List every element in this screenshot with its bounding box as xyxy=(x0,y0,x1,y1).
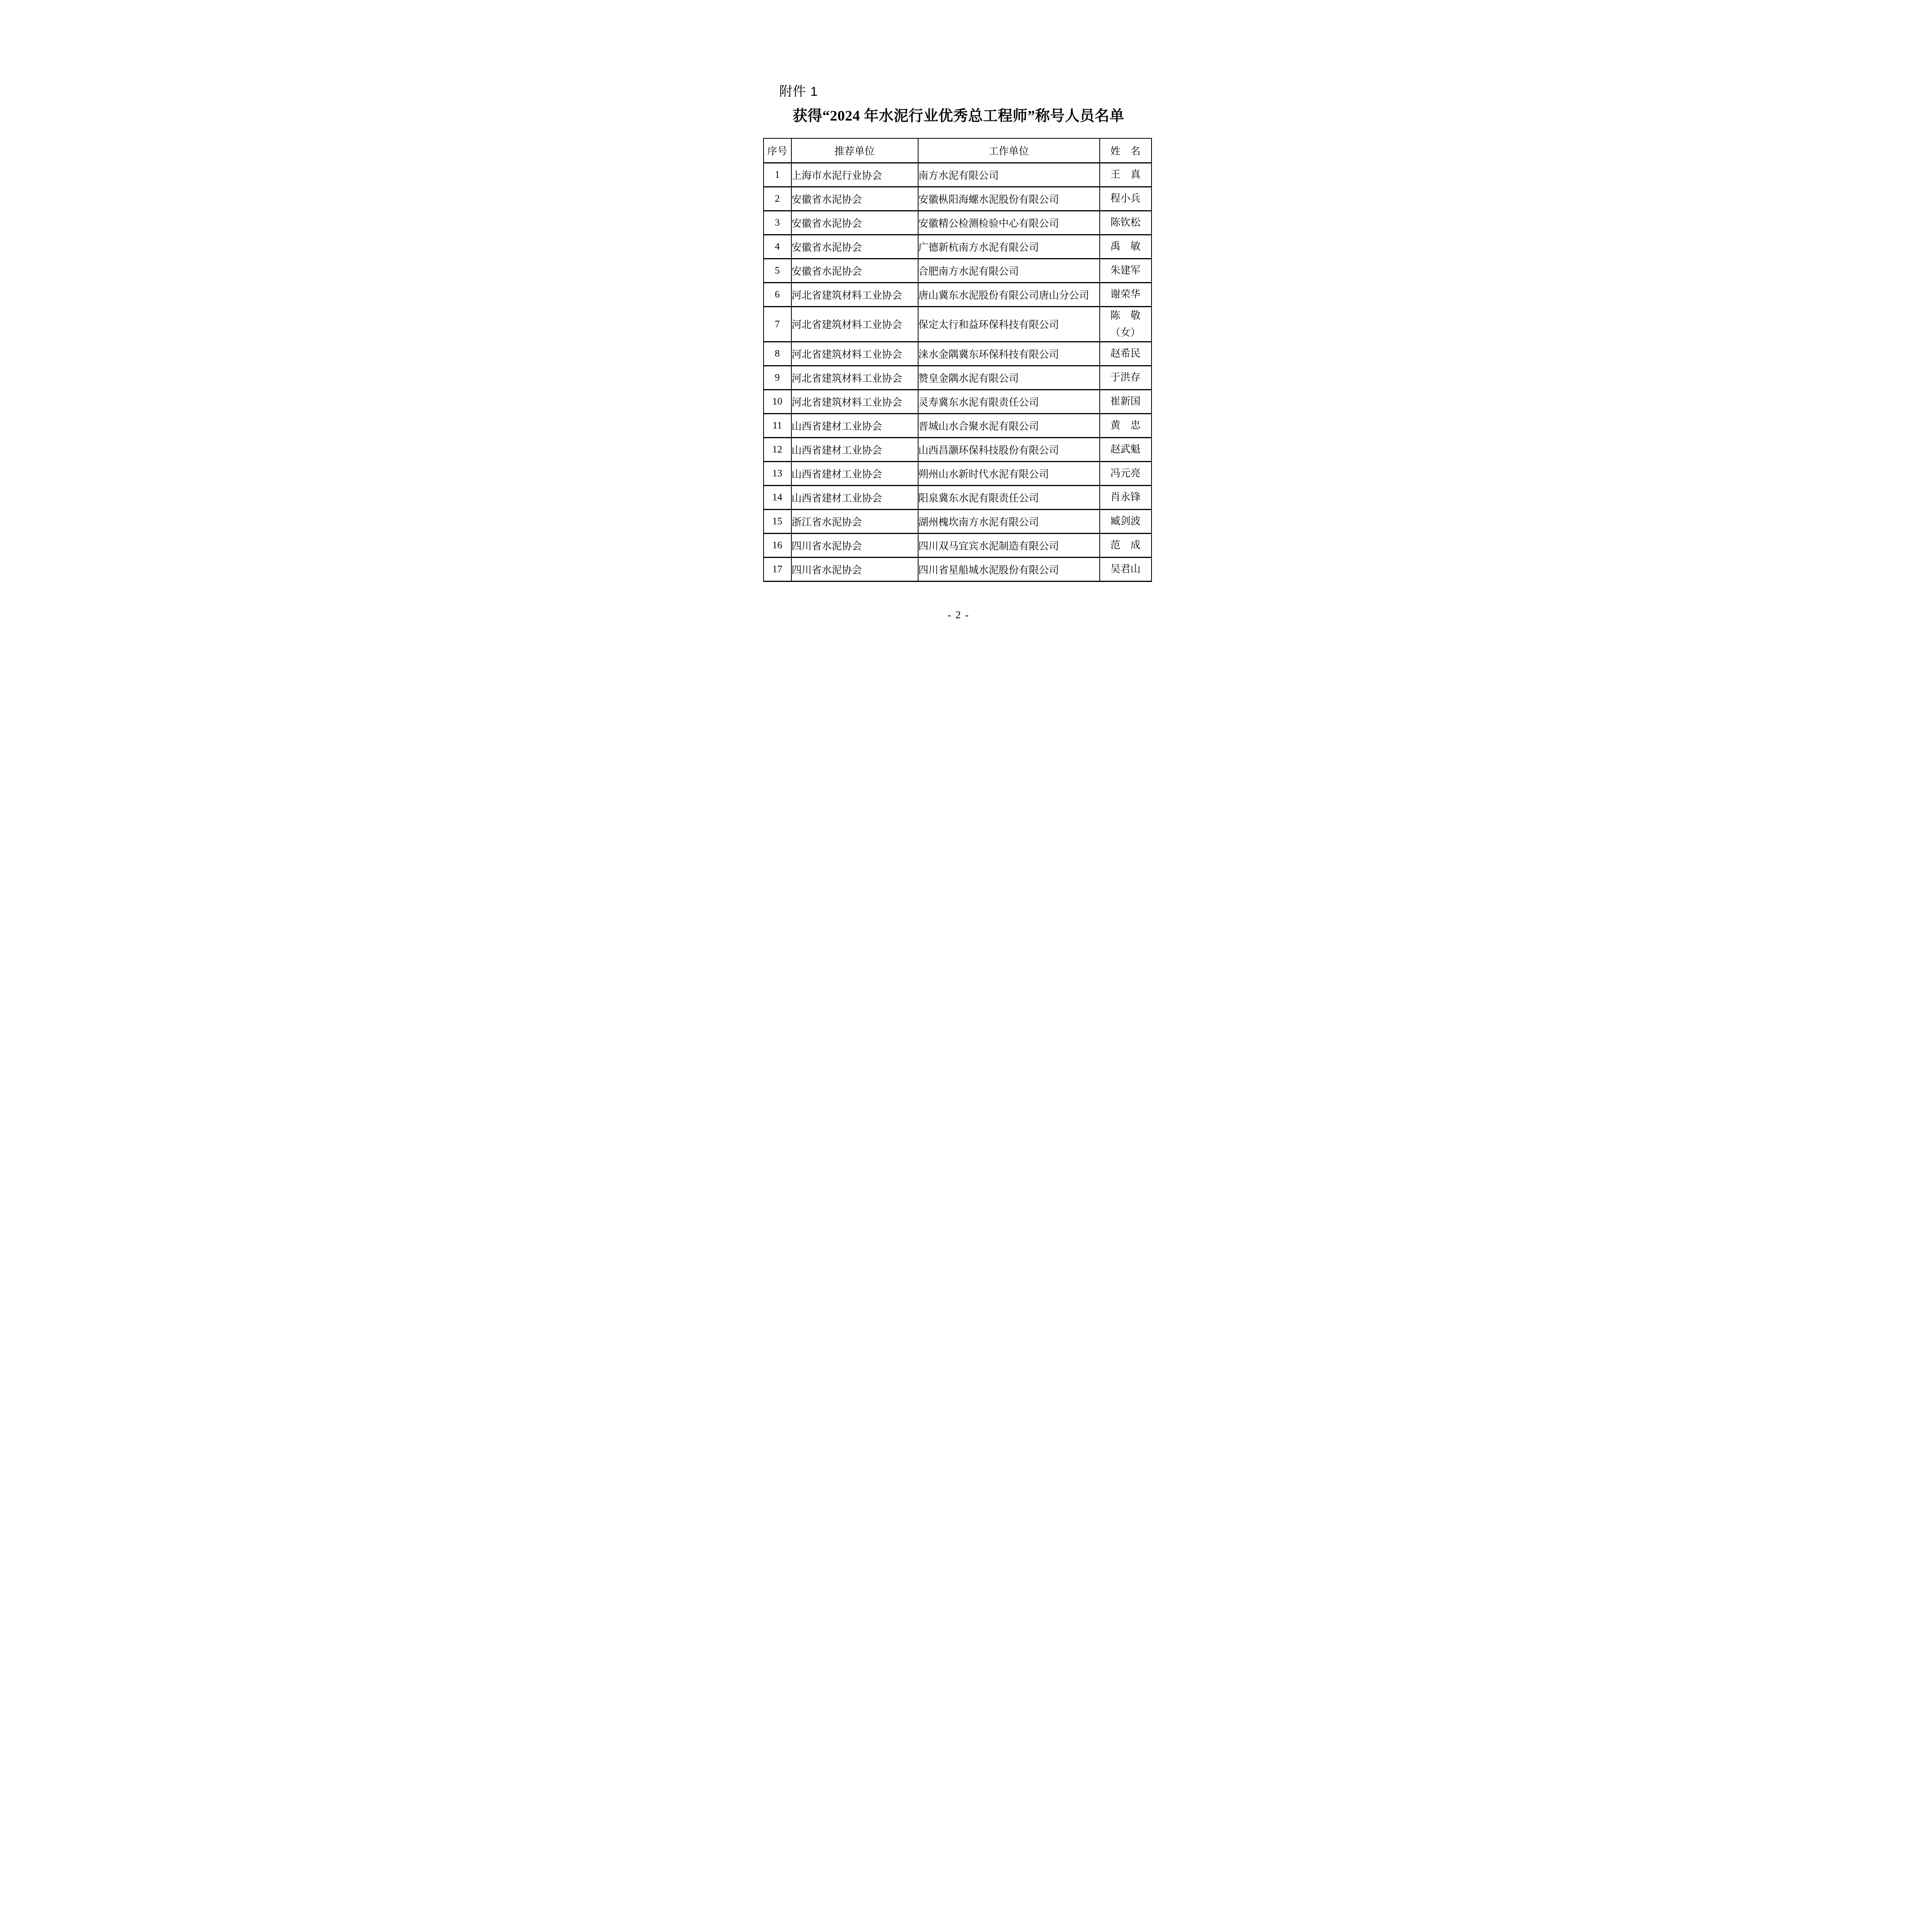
cell-name: 王 真 xyxy=(1100,163,1152,187)
cell-employer: 广德新杭南方水泥有限公司 xyxy=(918,235,1100,259)
page-title: 获得“2024 年水泥行业优秀总工程师”称号人员名单 xyxy=(719,107,1198,125)
cell-recommender: 河北省建筑材料工业协会 xyxy=(791,366,918,389)
table-row: 4 安徽省水泥协会 广德新杭南方水泥有限公司 禹 敏 xyxy=(764,235,1152,259)
cell-name: 臧剑波 xyxy=(1100,509,1152,533)
cell-name: 陈钦松 xyxy=(1100,211,1152,235)
cell-no: 6 xyxy=(764,282,791,306)
cell-recommender: 四川省水泥协会 xyxy=(791,557,918,581)
table-row: 11 山西省建材工业协会 晋城山水合聚水泥有限公司 黄 忠 xyxy=(764,413,1152,437)
cell-recommender: 安徽省水泥协会 xyxy=(791,259,918,282)
header-employer: 工作单位 xyxy=(918,138,1100,163)
page: 附件 1 获得“2024 年水泥行业优秀总工程师”称号人员名单 序号 推荐单位 … xyxy=(719,0,1198,678)
cell-recommender: 安徽省水泥协会 xyxy=(791,187,918,211)
table-body: 1 上海市水泥行业协会 南方水泥有限公司 王 真 2 安徽省水泥协会 安徽枞阳海… xyxy=(764,163,1152,581)
table-row: 6 河北省建筑材料工业协会 唐山冀东水泥股份有限公司唐山分公司 谢荣华 xyxy=(764,282,1152,306)
cell-no: 15 xyxy=(764,509,791,533)
table-row: 12 山西省建材工业协会 山西昌灏环保科技股份有限公司 赵武魁 xyxy=(764,437,1152,461)
cell-recommender: 山西省建材工业协会 xyxy=(791,461,918,485)
cell-no: 5 xyxy=(764,259,791,282)
header-name: 姓 名 xyxy=(1100,138,1152,163)
cell-employer: 安徽精公检测检验中心有限公司 xyxy=(918,211,1100,235)
cell-no: 4 xyxy=(764,235,791,259)
cell-no: 14 xyxy=(764,485,791,509)
cell-no: 10 xyxy=(764,389,791,413)
cell-name: 肖永锋 xyxy=(1100,485,1152,509)
cell-employer: 朔州山水新时代水泥有限公司 xyxy=(918,461,1100,485)
cell-recommender: 四川省水泥协会 xyxy=(791,533,918,557)
cell-employer: 灵寿冀东水泥有限责任公司 xyxy=(918,389,1100,413)
table-row: 2 安徽省水泥协会 安徽枞阳海螺水泥股份有限公司 程小兵 xyxy=(764,187,1152,211)
cell-no: 1 xyxy=(764,163,791,187)
table-header-row: 序号 推荐单位 工作单位 姓 名 xyxy=(764,138,1152,163)
cell-name: 黄 忠 xyxy=(1100,413,1152,437)
cell-name: 赵希民 xyxy=(1100,342,1152,366)
cell-name: 崔新国 xyxy=(1100,389,1152,413)
cell-recommender: 安徽省水泥协会 xyxy=(791,211,918,235)
cell-recommender: 上海市水泥行业协会 xyxy=(791,163,918,187)
cell-name: 于洪存 xyxy=(1100,366,1152,389)
table-row: 5 安徽省水泥协会 合肥南方水泥有限公司 朱建军 xyxy=(764,259,1152,282)
cell-recommender: 浙江省水泥协会 xyxy=(791,509,918,533)
cell-no: 17 xyxy=(764,557,791,581)
cell-employer: 山西昌灏环保科技股份有限公司 xyxy=(918,437,1100,461)
cell-name: 冯元亮 xyxy=(1100,461,1152,485)
cell-no: 16 xyxy=(764,533,791,557)
cell-name: 赵武魁 xyxy=(1100,437,1152,461)
cell-no: 9 xyxy=(764,366,791,389)
cell-employer: 合肥南方水泥有限公司 xyxy=(918,259,1100,282)
cell-no: 7 xyxy=(764,306,791,342)
cell-no: 2 xyxy=(764,187,791,211)
cell-recommender: 河北省建筑材料工业协会 xyxy=(791,306,918,342)
table-row: 15 浙江省水泥协会 湖州槐坎南方水泥有限公司 臧剑波 xyxy=(764,509,1152,533)
cell-no: 13 xyxy=(764,461,791,485)
cell-employer: 阳泉冀东水泥有限责任公司 xyxy=(918,485,1100,509)
cell-name: 程小兵 xyxy=(1100,187,1152,211)
cell-employer: 保定太行和益环保科技有限公司 xyxy=(918,306,1100,342)
cell-recommender: 山西省建材工业协会 xyxy=(791,485,918,509)
cell-no: 11 xyxy=(764,413,791,437)
table-row: 10 河北省建筑材料工业协会 灵寿冀东水泥有限责任公司 崔新国 xyxy=(764,389,1152,413)
roster-table: 序号 推荐单位 工作单位 姓 名 1 上海市水泥行业协会 南方水泥有限公司 王 … xyxy=(763,138,1152,582)
cell-employer: 唐山冀东水泥股份有限公司唐山分公司 xyxy=(918,282,1100,306)
cell-employer: 四川双马宜宾水泥制造有限公司 xyxy=(918,533,1100,557)
cell-name: 陈 敬 （女） xyxy=(1100,306,1152,342)
table-row: 9 河北省建筑材料工业协会 赞皇金隅水泥有限公司 于洪存 xyxy=(764,366,1152,389)
table-row: 14 山西省建材工业协会 阳泉冀东水泥有限责任公司 肖永锋 xyxy=(764,485,1152,509)
cell-no: 12 xyxy=(764,437,791,461)
cell-employer: 赞皇金隅水泥有限公司 xyxy=(918,366,1100,389)
cell-employer: 晋城山水合聚水泥有限公司 xyxy=(918,413,1100,437)
cell-recommender: 山西省建材工业协会 xyxy=(791,413,918,437)
header-no: 序号 xyxy=(764,138,791,163)
cell-employer: 湖州槐坎南方水泥有限公司 xyxy=(918,509,1100,533)
table-row: 1 上海市水泥行业协会 南方水泥有限公司 王 真 xyxy=(764,163,1152,187)
cell-name: 朱建军 xyxy=(1100,259,1152,282)
table-row: 16 四川省水泥协会 四川双马宜宾水泥制造有限公司 范 成 xyxy=(764,533,1152,557)
table-row: 13 山西省建材工业协会 朔州山水新时代水泥有限公司 冯元亮 xyxy=(764,461,1152,485)
cell-name: 吴君山 xyxy=(1100,557,1152,581)
cell-name: 范 成 xyxy=(1100,533,1152,557)
cell-employer: 安徽枞阳海螺水泥股份有限公司 xyxy=(918,187,1100,211)
cell-name: 禹 敏 xyxy=(1100,235,1152,259)
cell-recommender: 山西省建材工业协会 xyxy=(791,437,918,461)
header-recommender: 推荐单位 xyxy=(791,138,918,163)
cell-recommender: 河北省建筑材料工业协会 xyxy=(791,342,918,366)
page-number: - 2 - xyxy=(719,609,1198,621)
cell-employer: 四川省星船城水泥股份有限公司 xyxy=(918,557,1100,581)
cell-recommender: 河北省建筑材料工业协会 xyxy=(791,389,918,413)
table-row: 7 河北省建筑材料工业协会 保定太行和益环保科技有限公司 陈 敬 （女） xyxy=(764,306,1152,342)
attachment-label: 附件 1 xyxy=(779,85,818,99)
table-row: 8 河北省建筑材料工业协会 涞水金隅冀东环保科技有限公司 赵希民 xyxy=(764,342,1152,366)
table-row: 3 安徽省水泥协会 安徽精公检测检验中心有限公司 陈钦松 xyxy=(764,211,1152,235)
cell-employer: 南方水泥有限公司 xyxy=(918,163,1100,187)
cell-no: 8 xyxy=(764,342,791,366)
cell-no: 3 xyxy=(764,211,791,235)
cell-employer: 涞水金隅冀东环保科技有限公司 xyxy=(918,342,1100,366)
table-row: 17 四川省水泥协会 四川省星船城水泥股份有限公司 吴君山 xyxy=(764,557,1152,581)
cell-recommender: 安徽省水泥协会 xyxy=(791,235,918,259)
cell-name: 谢荣华 xyxy=(1100,282,1152,306)
cell-recommender: 河北省建筑材料工业协会 xyxy=(791,282,918,306)
